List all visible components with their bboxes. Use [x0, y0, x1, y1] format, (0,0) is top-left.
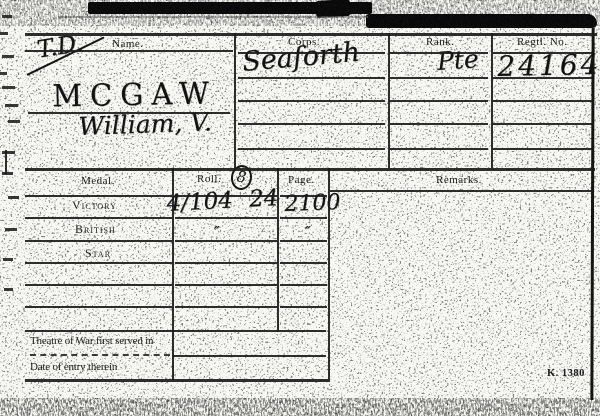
rule-line-vertical	[172, 168, 174, 379]
rule-line-vertical	[277, 168, 279, 332]
rule-line-horizontal	[25, 330, 326, 332]
rule-line-horizontal	[493, 100, 592, 102]
rule-line-horizontal	[25, 284, 172, 286]
scan-smudge-line	[58, 16, 368, 18]
corps-value-handwritten: Seaforth	[241, 37, 361, 78]
rule-line-horizontal	[238, 123, 385, 125]
rule-line-horizontal	[25, 168, 595, 171]
rule-line-horizontal	[280, 284, 327, 286]
torn-edge-dash	[5, 228, 17, 231]
medal-index-card: T.D. Name. Corps. Rank. Regtl. No. MCGAW…	[0, 0, 600, 416]
rule-line-horizontal	[390, 77, 488, 79]
torn-edge-dash	[3, 258, 13, 261]
rule-line-horizontal	[238, 100, 385, 102]
rule-line-horizontal	[280, 306, 327, 308]
rule-line-horizontal	[175, 195, 277, 197]
medal-row-british: British	[75, 222, 116, 237]
medal-column-header: Medal.	[81, 175, 115, 187]
torn-edge-dash	[2, 172, 13, 175]
torn-edge-mark	[5, 150, 7, 174]
rule-line-horizontal	[25, 195, 172, 197]
medal-row-victory: Victory	[72, 198, 117, 213]
roll-ditto-british: ″	[214, 223, 220, 241]
rule-line-horizontal	[390, 148, 488, 150]
rule-line-dashed	[30, 354, 170, 356]
rule-line-horizontal	[280, 195, 327, 197]
date-of-entry-label: Date of entry therein	[30, 361, 117, 373]
rule-line-horizontal	[493, 77, 592, 79]
rule-line-vertical	[234, 33, 236, 168]
torn-edge-dash	[0, 32, 8, 35]
name-header-label: Name.	[112, 38, 144, 50]
rule-line-horizontal	[493, 52, 592, 54]
rule-line-horizontal	[175, 217, 277, 219]
rule-line-horizontal	[390, 123, 488, 125]
rank-value-handwritten: Pte	[436, 44, 480, 76]
rule-line-horizontal	[493, 123, 592, 125]
torn-edge-dash	[2, 15, 12, 18]
rule-line-horizontal	[28, 112, 230, 114]
page-ditto-british: ″	[305, 223, 311, 241]
torn-edge-dash	[2, 55, 14, 58]
scan-dark-bar-right	[366, 14, 597, 28]
torn-edge-dash	[4, 288, 13, 291]
page-column-header: Page.	[288, 174, 315, 186]
rule-line-horizontal	[25, 306, 172, 308]
rule-line-horizontal	[238, 77, 385, 79]
rule-line-horizontal	[280, 262, 327, 264]
rule-line-horizontal	[175, 284, 277, 286]
card-right-edge	[590, 28, 594, 400]
rule-line-horizontal	[280, 240, 327, 242]
rule-line-horizontal	[238, 148, 385, 150]
rule-line-horizontal	[25, 379, 330, 382]
rule-line-horizontal	[25, 262, 172, 264]
rule-line-vertical	[491, 33, 493, 168]
rule-line-vertical	[388, 33, 390, 168]
rule-line-horizontal	[280, 217, 327, 219]
medal-row-star: Star	[85, 246, 111, 261]
rule-line-horizontal	[25, 240, 172, 242]
rule-line-horizontal	[390, 52, 488, 54]
rule-line-horizontal	[175, 240, 277, 242]
rule-line-horizontal	[238, 52, 385, 54]
rule-line-horizontal	[25, 50, 233, 52]
rule-line-horizontal	[25, 33, 597, 36]
rule-line-horizontal	[330, 190, 593, 192]
theatre-of-war-label: Theatre of War first served in	[30, 335, 153, 347]
torn-edge-dash	[5, 104, 18, 107]
roll-column-header: Roll.	[197, 173, 221, 185]
torn-edge-dash	[0, 72, 7, 75]
torn-edge-dash	[2, 86, 15, 89]
torn-edge-dash	[8, 196, 19, 199]
form-number: K. 1380	[547, 368, 585, 379]
torn-edge-dash	[8, 120, 20, 123]
roll-value-victory: 4/104 24	[166, 185, 279, 217]
rule-line-horizontal	[175, 306, 277, 308]
rule-line-vertical	[328, 168, 330, 379]
rule-line-horizontal	[493, 148, 592, 150]
rule-line-horizontal	[390, 100, 488, 102]
rule-line-horizontal	[172, 355, 326, 357]
regtl-no-header-label: Regtl. No.	[517, 36, 568, 48]
rule-line-horizontal	[25, 217, 172, 219]
torn-edge-dash	[2, 151, 15, 154]
remarks-column-header: Remarks.	[436, 174, 482, 186]
rule-line-horizontal	[175, 262, 277, 264]
